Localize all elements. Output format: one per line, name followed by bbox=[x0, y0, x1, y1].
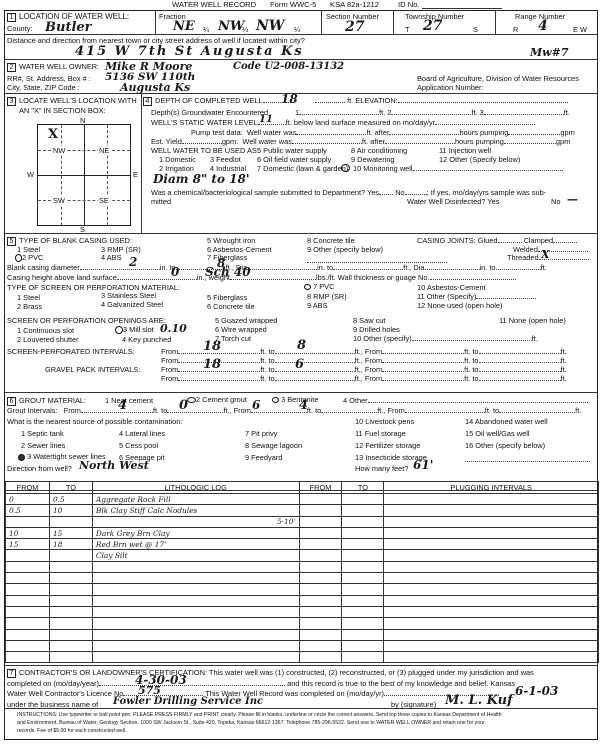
grout-to-1-field[interactable]: 0 bbox=[179, 398, 188, 413]
quadrant-sw: SW bbox=[52, 196, 66, 205]
signature-field[interactable]: M. L. Kuf bbox=[445, 693, 513, 708]
chem-label: Was a chemical/bacteriological sample su… bbox=[151, 188, 379, 197]
gw-3-field[interactable] bbox=[484, 114, 564, 115]
selected-circle-icon bbox=[115, 326, 123, 334]
grout-option[interactable]: 1 Neat cement bbox=[105, 396, 153, 405]
screen-option[interactable]: 1 Steel bbox=[17, 293, 40, 302]
ksa-reference: KSA 82a-1212 bbox=[330, 0, 379, 9]
section-number: 1 bbox=[7, 13, 16, 22]
id-label: ID No. bbox=[398, 0, 420, 9]
static-label: WELL'S STATIC WATER LEVEL bbox=[151, 118, 258, 127]
height-label: Casing height above land surface bbox=[7, 273, 117, 282]
opening-option[interactable]: 2 Louvered shutter bbox=[17, 335, 79, 344]
table-row bbox=[6, 584, 599, 595]
instructions-line-2: and Environment, Bureau of Water, Geolog… bbox=[17, 719, 597, 727]
casing-option[interactable]: 4 ABS bbox=[101, 253, 122, 262]
quadrant-nw: NW bbox=[52, 146, 66, 155]
openings-title: SCREEN OR PERFORATION OPENINGS ARE: bbox=[7, 316, 166, 325]
quarter-mark: ¼ bbox=[242, 25, 248, 34]
code-field[interactable]: Code U2-008-13132 bbox=[233, 61, 344, 72]
chem-if-yes: ; If yes, mo/day/yrs sample was sub- bbox=[427, 188, 547, 197]
water-well-record-form: 1LOCATION OF WATER WELL: County: Butler … bbox=[4, 10, 598, 740]
casing-option[interactable]: 5 Wrought iron bbox=[207, 236, 255, 245]
opening-option[interactable]: 10 Other (specify) bbox=[353, 334, 412, 343]
gravel-to-3[interactable] bbox=[275, 380, 355, 381]
casing-option[interactable]: 8 Concrete tile bbox=[307, 236, 355, 245]
groundwater-label: Depth(s) Groundwater Encountered bbox=[151, 108, 268, 117]
contam-option[interactable]: 4 Lateral lines bbox=[119, 429, 165, 438]
lbs-ft-label: lbs./ft. Wall thickness or guage No. bbox=[316, 273, 430, 282]
use-option[interactable]: 12 Other (Specify below) bbox=[439, 155, 520, 164]
screen-option[interactable]: 10 Asbestos-Cement bbox=[417, 283, 486, 292]
gravel-to-4[interactable] bbox=[479, 380, 561, 381]
header-plug-to: TO bbox=[342, 482, 384, 494]
screen-from-4[interactable] bbox=[382, 362, 464, 363]
lithologic-log-table: FROM TO LITHOLOGIC LOG FROM TO PLUGGING … bbox=[5, 481, 599, 663]
section-number: 2 bbox=[7, 63, 16, 72]
gravel-to-2[interactable] bbox=[479, 371, 561, 372]
section-6-grout: 6GROUT MATERIAL: 1 Neat cement 2 Cement … bbox=[5, 392, 597, 491]
section-number: 5 bbox=[7, 237, 16, 246]
grout-to-3[interactable] bbox=[499, 412, 575, 413]
contam-option[interactable]: 10 Livestock pens bbox=[355, 417, 414, 426]
header-plugging-intervals: PLUGGING INTERVALS bbox=[384, 482, 599, 494]
wall-thickness-field[interactable] bbox=[430, 279, 516, 280]
section-2-owner: 2WATER WELL OWNER: Mike R Moore Code U2-… bbox=[5, 60, 597, 94]
screen-to-2[interactable] bbox=[479, 353, 561, 354]
table-row: 00.5Aggregate Rock Fill bbox=[6, 494, 599, 505]
completed-label: completed on (mo/day/year) bbox=[7, 679, 99, 688]
screen-option[interactable]: 8 RMP (SR) bbox=[307, 292, 347, 301]
disinfected-no-field[interactable]: — bbox=[567, 193, 578, 206]
screen-option[interactable]: 11 Other (Specify) bbox=[417, 292, 476, 301]
fraction-3-field[interactable]: NW bbox=[256, 18, 285, 34]
use-option[interactable]: 6 Oil field water supply bbox=[257, 155, 331, 164]
screen-option[interactable]: 2 Brass bbox=[17, 302, 42, 311]
threaded-mark: X bbox=[541, 248, 550, 261]
township-field[interactable]: 27 bbox=[423, 18, 442, 34]
distance-field[interactable]: 415 W 7th St Augusta Ks bbox=[75, 44, 304, 59]
est-yield-field[interactable] bbox=[182, 143, 222, 144]
table-row bbox=[6, 629, 599, 640]
selected-circle-icon bbox=[304, 284, 311, 290]
table-row: Clay Silt bbox=[6, 550, 599, 561]
depth-field[interactable]: 18 bbox=[281, 92, 298, 106]
record-completed-field[interactable]: 6-1-03 bbox=[515, 684, 558, 698]
opening-option[interactable]: 5 Guazed wrapped bbox=[215, 316, 277, 325]
use-option[interactable]: 5 Public water supply bbox=[257, 146, 327, 155]
contam-other-field[interactable] bbox=[465, 461, 590, 462]
instructions-line-3: records. Fee of $5.00 for each construct… bbox=[17, 727, 597, 735]
contam-option[interactable]: 11 Fuel storage bbox=[355, 429, 406, 438]
pump-label: Pump test data: bbox=[191, 128, 243, 137]
pump-2-hours[interactable] bbox=[385, 143, 455, 144]
quarter-mark: ¼ bbox=[294, 25, 300, 34]
table-row: 1015Dark Grey Brn Clay bbox=[6, 527, 599, 538]
distance-row: Distance and direction from nearest town… bbox=[5, 35, 597, 60]
form-number: Form WWC-5 bbox=[270, 0, 316, 9]
selected-circle-icon bbox=[18, 454, 25, 461]
contam-option[interactable]: 12 Fertilizer storage bbox=[355, 441, 420, 450]
chem-no[interactable] bbox=[405, 194, 427, 195]
dia-2-to[interactable] bbox=[333, 269, 403, 270]
header-from: FROM bbox=[6, 482, 50, 494]
well-water-was: Well water was bbox=[242, 137, 292, 146]
mitted-label: mitted bbox=[151, 197, 171, 206]
id-field[interactable] bbox=[422, 8, 502, 9]
use-option[interactable]: 11 Injection well bbox=[439, 146, 491, 155]
board-label: Board of Agriculture, Division of Water … bbox=[417, 74, 579, 83]
casing-option[interactable]: 7 Fiberglass bbox=[207, 253, 247, 262]
table-header-row: FROM TO LITHOLOGIC LOG FROM TO PLUGGING … bbox=[6, 482, 599, 494]
disinfected-label: Water Well Disinfected? Yes bbox=[407, 197, 499, 206]
gw-1-label: 1 bbox=[295, 108, 299, 117]
locate-label-2: AN "X" IN SECTION BOX: bbox=[19, 106, 106, 115]
screen-to-4[interactable] bbox=[479, 362, 561, 363]
table-row bbox=[6, 652, 599, 663]
opening-option[interactable]: 8 Saw cut bbox=[353, 316, 385, 325]
gravel-from-2[interactable] bbox=[382, 371, 464, 372]
ft-after: ft. after bbox=[362, 137, 385, 146]
quadrant-se: SE bbox=[98, 196, 110, 205]
grout-option[interactable]: 4 Other bbox=[343, 396, 368, 405]
range-direction[interactable]: E W bbox=[573, 25, 587, 34]
gravel-to-1-field[interactable]: 6 bbox=[295, 357, 304, 372]
gravel-intervals-label: GRAVEL PACK INTERVALS: bbox=[45, 365, 140, 374]
contam-option[interactable]: 2 Sewer lines bbox=[21, 441, 65, 450]
form-header: WATER WELL RECORD Form WWC-5 KSA 82a-121… bbox=[0, 0, 602, 10]
grout-intervals-label: Grout Intervals: bbox=[7, 406, 58, 415]
pump-2-gpm[interactable] bbox=[504, 143, 556, 144]
hours-pumping: hours pumping bbox=[459, 128, 508, 137]
ft-dia: ft., Dia bbox=[403, 263, 424, 272]
casing-option-selected[interactable]: 2 PVC bbox=[22, 253, 43, 262]
header-to: TO bbox=[49, 482, 92, 494]
certification-text: CONTRACTOR'S OR LANDOWNER'S CERTIFICATIO… bbox=[19, 668, 534, 677]
opening-option[interactable]: 4 Key punched bbox=[122, 335, 171, 344]
in-to: in. to bbox=[480, 263, 496, 272]
township-prefix: T bbox=[405, 25, 410, 34]
business-label: under the business name of bbox=[7, 700, 98, 709]
use-option[interactable]: 1 Domestic bbox=[159, 155, 196, 164]
gw-2-field[interactable] bbox=[391, 114, 471, 115]
table-row bbox=[6, 640, 599, 651]
feet-label: How many feet? bbox=[355, 464, 408, 473]
screen-intervals-label: SCREEN-PERFORATED INTERVALS: bbox=[7, 347, 135, 356]
screen-to-3[interactable] bbox=[275, 362, 355, 363]
opening-option[interactable]: 9 Drilled holes bbox=[353, 325, 400, 334]
contam-label: What is the nearest source of possible c… bbox=[7, 417, 182, 426]
grout-option-selected[interactable]: 2 Cement grout bbox=[196, 395, 247, 404]
city-label: City, State, ZIP Code : bbox=[7, 83, 80, 92]
use-option-selected[interactable]: 10 Monitoring well bbox=[353, 164, 413, 173]
gw-2-label: ft. 2 bbox=[379, 108, 391, 117]
owner-label: WATER WELL OWNER: bbox=[19, 62, 99, 71]
table-row bbox=[6, 595, 599, 606]
ft: ft. bbox=[541, 263, 547, 272]
compass-s: S bbox=[80, 225, 85, 234]
grout-label: GROUT MATERIAL: bbox=[19, 396, 86, 405]
est-yield-label: Est. Yield bbox=[151, 137, 182, 146]
address-label: RR#, St. Address, Box # : bbox=[7, 74, 91, 83]
depth-label: DEPTH OF COMPLETED WELL bbox=[155, 96, 263, 105]
gpm-colon: gpm: bbox=[222, 137, 238, 146]
section-number: 7 bbox=[7, 669, 16, 678]
clamped-label: Clamped bbox=[524, 236, 554, 245]
grout-from-2-field[interactable]: 6 bbox=[252, 398, 260, 412]
use-option[interactable]: 8 Air conditioning bbox=[351, 146, 407, 155]
pump-1-gpm[interactable] bbox=[508, 134, 560, 135]
gw-1-field[interactable] bbox=[299, 114, 379, 115]
section-number: 6 bbox=[7, 397, 16, 406]
city-field[interactable]: Augusta Ks bbox=[120, 81, 190, 94]
screen-option-selected[interactable]: 7 PVC bbox=[313, 282, 334, 291]
application-label: Application Number: bbox=[417, 83, 484, 92]
note-field[interactable]: Diam 8" to 18' bbox=[153, 172, 250, 186]
height-field[interactable]: 0 bbox=[171, 265, 179, 279]
selected-circle-icon bbox=[15, 254, 22, 262]
gw-3-label: ft. 3 bbox=[471, 108, 483, 117]
screen-option[interactable]: 4 Galvanized Steel bbox=[101, 300, 163, 309]
slot-size-field[interactable]: 0.10 bbox=[160, 322, 187, 335]
gw-end: ft. bbox=[564, 108, 570, 117]
table-row: 1518Red Brn wet @ 17' bbox=[6, 539, 599, 550]
instructions: INSTRUCTIONS: Use typewriter or ball poi… bbox=[17, 711, 597, 735]
true-text: and this record is true to the best of m… bbox=[287, 679, 515, 688]
glued-field[interactable] bbox=[498, 242, 522, 243]
screen-from-2[interactable] bbox=[382, 353, 464, 354]
county-field[interactable]: Butler bbox=[45, 20, 92, 35]
header-plug-from: FROM bbox=[299, 482, 342, 494]
gpm-label: gpm bbox=[556, 137, 570, 146]
screen-option[interactable]: 5 Fiberglass bbox=[207, 293, 247, 302]
contam-option[interactable]: 16 Other (specify below) bbox=[465, 441, 545, 450]
disinfected-no-label: No bbox=[551, 197, 560, 206]
feet-field[interactable]: 61' bbox=[413, 458, 433, 472]
ft-after: ft. after bbox=[366, 128, 389, 137]
fraction-2-field[interactable]: NW bbox=[218, 19, 244, 34]
table-row bbox=[6, 606, 599, 617]
elevation-label: ft. ELEVATION: bbox=[347, 96, 398, 105]
section-3-4: 3LOCATE WELL'S LOCATION WITH AN "X" IN S… bbox=[5, 94, 597, 234]
use-option[interactable]: 7 Domestic (lawn & garden) bbox=[257, 164, 348, 173]
section-number: 4 bbox=[143, 97, 152, 106]
grout-from-3[interactable] bbox=[405, 412, 485, 413]
instructions-line-1: INSTRUCTIONS: Use typewriter or ball poi… bbox=[17, 711, 597, 719]
contam-option[interactable]: 9 Feedyard bbox=[245, 453, 282, 462]
pump-1-hours[interactable] bbox=[389, 134, 459, 135]
chem-yes[interactable] bbox=[379, 194, 393, 195]
table-row bbox=[6, 573, 599, 584]
static-suffix: ft. below land surface measured on mo/da… bbox=[286, 118, 436, 127]
county-label: County: bbox=[7, 24, 32, 33]
locate-label: LOCATE WELL'S LOCATION WITH bbox=[19, 96, 137, 105]
threaded-label: Threaded bbox=[507, 253, 539, 262]
compass-w: W bbox=[27, 170, 34, 179]
quarter-mark: ¼ bbox=[203, 25, 209, 34]
header-lithologic-log: LITHOLOGIC LOG bbox=[92, 482, 299, 494]
static-level-field[interactable]: 11 bbox=[259, 114, 273, 125]
grout-to-2-field[interactable]: 4 bbox=[299, 398, 308, 413]
direction-label: Direction from well? bbox=[7, 464, 72, 473]
compass-e: E bbox=[133, 170, 138, 179]
contam-option[interactable]: 1 Septic tank bbox=[21, 429, 64, 438]
table-row bbox=[6, 618, 599, 629]
screen-option[interactable]: 12 None used (open hole) bbox=[417, 301, 502, 310]
grout-from-1-field[interactable]: 4 bbox=[118, 398, 127, 413]
dia-3-to[interactable] bbox=[496, 269, 541, 270]
range-field[interactable]: 4 bbox=[538, 18, 548, 34]
section-7-certification: 7CONTRACTOR'S OR LANDOWNER'S CERTIFICATI… bbox=[5, 665, 597, 709]
dia-2-field[interactable] bbox=[247, 269, 317, 270]
table-row: 0.510Blk Clay Stiff Calc Nodules bbox=[6, 505, 599, 516]
use-option[interactable]: 3 Feedlot bbox=[210, 155, 241, 164]
in-to: in. to bbox=[317, 263, 333, 272]
well-water-was: Well water was bbox=[247, 128, 297, 137]
form-title: WATER WELL RECORD bbox=[172, 0, 256, 9]
section-number-field[interactable]: 27 bbox=[345, 19, 364, 35]
screen-other-field[interactable] bbox=[476, 298, 536, 299]
table-row bbox=[6, 561, 599, 572]
casing-option[interactable]: 9 Other (specify below) bbox=[307, 245, 383, 254]
selected-circle-icon bbox=[272, 397, 279, 403]
pump-2-field[interactable] bbox=[292, 143, 362, 144]
section-1-location: 1LOCATION OF WATER WELL: County: Butler … bbox=[5, 11, 597, 35]
table-row: 5-10' bbox=[6, 516, 599, 527]
screen-option[interactable]: 3 Stainless Steel bbox=[101, 291, 156, 300]
dia-3-field[interactable] bbox=[425, 269, 480, 270]
section-number: 3 bbox=[7, 97, 16, 106]
hours-pumping: hours pumping bbox=[455, 137, 504, 146]
section-box[interactable]: NW NE SW SE X bbox=[37, 124, 131, 226]
contam-option[interactable]: 14 Abandoned water well bbox=[465, 417, 548, 426]
use-other-field[interactable] bbox=[413, 170, 563, 171]
signature-label: by (signature) bbox=[391, 700, 436, 709]
weight-field[interactable]: Sch 40 bbox=[205, 265, 251, 279]
location-mark: X bbox=[48, 127, 58, 142]
opening-option[interactable]: 6 Wire wrapped bbox=[215, 325, 267, 334]
selected-circle-icon bbox=[341, 164, 350, 172]
joints-label: CASING JOINTS: Glued bbox=[417, 236, 498, 245]
opening-other-field[interactable] bbox=[412, 340, 532, 341]
opening-option-selected[interactable]: 3 Mill slot bbox=[123, 325, 154, 334]
gpm-label: gpm bbox=[560, 128, 574, 137]
screen-from-1-field[interactable]: 18 bbox=[203, 339, 221, 354]
screen-to-1-field[interactable]: 8 bbox=[297, 338, 306, 353]
contam-option[interactable]: 15 Oil well/Gas well bbox=[465, 429, 529, 438]
quadrant-ne: NE bbox=[98, 146, 110, 155]
gravel-from-3[interactable] bbox=[178, 380, 260, 381]
clamped-field[interactable] bbox=[553, 242, 577, 243]
township-suffix: S bbox=[473, 25, 478, 34]
fraction-1-field[interactable]: NE bbox=[173, 19, 195, 34]
casing-title: TYPE OF BLANK CASING USED: bbox=[19, 236, 132, 245]
business-name-field[interactable]: Fowler Drilling Service Inc bbox=[113, 696, 263, 707]
range-prefix: R bbox=[513, 25, 518, 34]
selected-circle-icon bbox=[187, 397, 196, 403]
licence-label: Water Well Contractor's Licence No bbox=[7, 689, 123, 698]
chem-no-label: No bbox=[395, 188, 404, 197]
contam-option[interactable]: 8 Sewage lagoon bbox=[245, 441, 302, 450]
elevation-field[interactable] bbox=[398, 102, 568, 103]
screen-option[interactable]: 9 ABS bbox=[307, 301, 328, 310]
gravel-from-1-field[interactable]: 18 bbox=[203, 357, 221, 372]
blank-dia-field[interactable]: 2 bbox=[129, 255, 137, 269]
well-tag[interactable]: Mw#7 bbox=[530, 46, 569, 59]
direction-field[interactable]: North West bbox=[79, 459, 149, 472]
blank-dia-label: Blank casing diameter bbox=[7, 263, 80, 272]
gravel-from-4[interactable] bbox=[382, 380, 464, 381]
opening-option[interactable]: 11 None (open hole) bbox=[499, 316, 566, 325]
use-option[interactable]: 9 Dewatering bbox=[351, 155, 395, 164]
contam-option[interactable]: 5 Cess pool bbox=[119, 441, 158, 450]
grout-other-field[interactable] bbox=[368, 402, 588, 403]
screen-option[interactable]: 6 Concrete tile bbox=[207, 302, 255, 311]
pump-1-field[interactable] bbox=[296, 134, 366, 135]
opening-option[interactable]: 1 Continuous slot bbox=[17, 326, 74, 335]
static-date-field[interactable] bbox=[435, 124, 535, 125]
contam-option[interactable]: 7 Pit privy bbox=[245, 429, 277, 438]
use-label: WELL WATER TO BE USED AS: bbox=[151, 146, 259, 155]
